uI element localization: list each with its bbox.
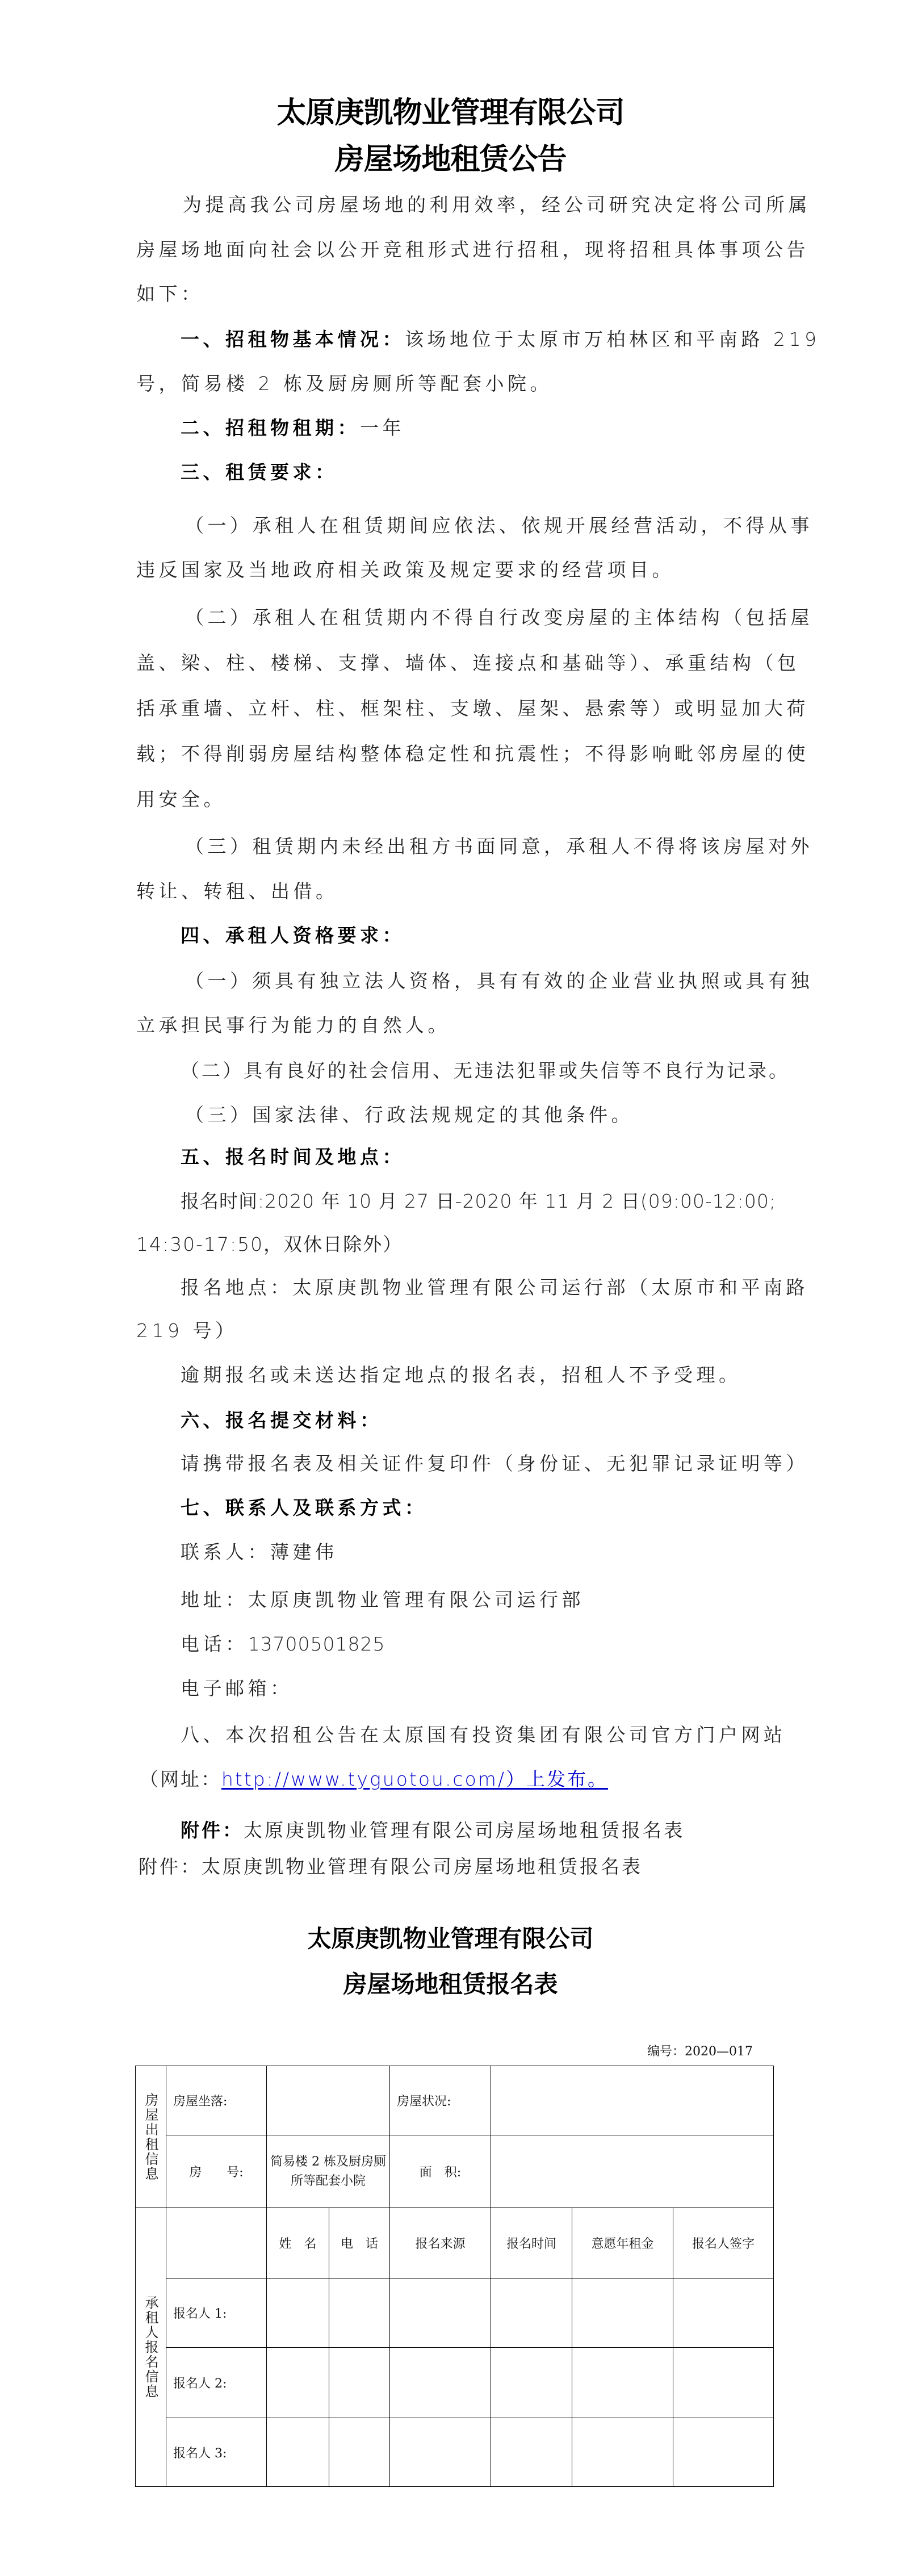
house-status-input[interactable]: [491, 2066, 774, 2135]
house-location-input[interactable]: [267, 2066, 390, 2135]
contact-person-name: 薄建伟: [270, 1541, 338, 1563]
intro-line-1: 为提高我公司房屋场地的利用效率，经公司研究决定将公司所属: [183, 190, 811, 217]
intro-line-3: 如下：: [136, 279, 204, 306]
section-3-item-2-line-1: （二）承租人在租赁期内不得自行改变房屋的主体结构（包括屋: [185, 603, 813, 630]
applicant-1-signature[interactable]: [673, 2278, 774, 2348]
applicant-row-1: 报名人 1:: [136, 2278, 774, 2348]
applicant-3-name[interactable]: [267, 2418, 329, 2487]
attachment-bold-label: 附件：: [181, 1819, 244, 1841]
section-8-line-2: （网址：http://www.tyguotou.com/）上发布。: [140, 1765, 608, 1791]
signup-time-line-2: 14:30-17:50，双休日除外）: [136, 1230, 403, 1256]
applicant-3-signature[interactable]: [673, 2418, 774, 2487]
applicant-2-rent[interactable]: [572, 2348, 673, 2418]
house-info-section-label: 房屋出租信息: [136, 2066, 166, 2208]
applicant-3-rent[interactable]: [572, 2418, 673, 2487]
form-row-location: 房屋出租信息 房屋坐落: 房屋状况:: [136, 2066, 774, 2135]
contact-address: 地址：太原庚凯物业管理有限公司运行部: [181, 1585, 584, 1612]
column-header-signature: 报名人签字: [673, 2208, 774, 2278]
attachment-bold-text: 太原庚凯物业管理有限公司房屋场地租赁报名表: [244, 1819, 685, 1841]
form-title: 房屋场地租赁报名表: [0, 1966, 901, 2000]
applicant-1-phone[interactable]: [329, 2278, 390, 2348]
section-3-item-2-line-3: 括承重墙、立杆、柱、框架柱、支墩、屋架、悬索等）或明显加大荷: [136, 694, 809, 721]
column-header-source: 报名来源: [390, 2208, 491, 2278]
signup-place-line-1: 报名地点：太原庚凯物业管理有限公司运行部（太原市和平南路: [181, 1273, 808, 1300]
applicant-row-3: 报名人 3:: [136, 2418, 774, 2487]
applicant-3-source[interactable]: [390, 2418, 491, 2487]
applicant-1-label: 报名人 1:: [166, 2278, 267, 2348]
section-3-item-2-line-2: 盖、梁、柱、楼梯、支撑、墙体、连接点和基础等）、承重结构（包: [136, 648, 800, 675]
section-3-item-3-line-1: （三）租赁期内未经出租方书面同意，承租人不得将该房屋对外: [185, 832, 813, 858]
section-5-heading: 五、报名时间及地点：: [181, 1142, 405, 1169]
applicant-2-label: 报名人 2:: [166, 2348, 267, 2418]
header-blank: [166, 2208, 267, 2278]
section-4-heading: 四、承租人资格要求：: [181, 921, 405, 948]
applicant-1-name[interactable]: [267, 2278, 329, 2348]
column-header-phone: 电 话: [329, 2208, 390, 2278]
applicant-2-name[interactable]: [267, 2348, 329, 2418]
area-label: 面 积:: [390, 2135, 491, 2208]
section-7-heading: 七、联系人及联系方式：: [181, 1493, 428, 1520]
section-3-item-2-line-4: 载；不得削弱房屋结构整体稳定性和抗震性；不得影响毗邻房屋的使: [136, 739, 809, 766]
section-8-line-1: 八、本次招租公告在太原国有投资集团有限公司官方门户网站: [181, 1720, 786, 1747]
applicant-1-time[interactable]: [491, 2278, 572, 2348]
contact-address-label: 地址：: [181, 1589, 248, 1611]
house-number-value[interactable]: 简易楼 2 栋及厨房厕所等配套小院: [267, 2135, 390, 2208]
signup-note: 逾期报名或未送达指定地点的报名表，招租人不予受理。: [181, 1360, 741, 1387]
attachment-bold: 附件：太原庚凯物业管理有限公司房屋场地租赁报名表: [181, 1816, 685, 1842]
contact-email-label: 电子邮箱：: [181, 1677, 293, 1699]
column-header-name: 姓 名: [267, 2208, 329, 2278]
section-3-item-1-line-2: 违反国家及当地政府相关政策及规定要求的经营项目。: [136, 555, 674, 582]
applicant-2-time[interactable]: [491, 2348, 572, 2418]
applicant-info-label: 承租人报名信息: [141, 2296, 161, 2399]
section-1-text: 该场地位于太原市万柏林区和平南路 219: [405, 328, 820, 350]
house-info-label: 房屋出租信息: [141, 2093, 161, 2181]
announcement-title-company: 太原庚凯物业管理有限公司: [0, 89, 901, 131]
contact-email: 电子邮箱：: [181, 1674, 293, 1700]
section-4-item-1-line-1: （一）须具有独立法人资格，具有有效的企业营业执照或具有独: [185, 966, 813, 993]
section-3-item-2-line-5: 用安全。: [136, 785, 226, 811]
signup-time-line-1: 报名时间:2020 年 10 月 27 日-2020 年 11 月 2 日(09…: [181, 1187, 776, 1213]
registration-form-table: 房屋出租信息 房屋坐落: 房屋状况: 房 号: 简易楼 2 栋及厨房厕所等配套小…: [135, 2066, 774, 2487]
area-input[interactable]: [491, 2135, 774, 2208]
website-prefix: （网址：: [140, 1768, 221, 1790]
website-link[interactable]: http://www.tyguotou.com/）上发布。: [221, 1768, 608, 1790]
applicant-1-rent[interactable]: [572, 2278, 673, 2348]
signup-place-line-2: 219 号）: [136, 1316, 237, 1343]
column-header-time: 报名时间: [491, 2208, 572, 2278]
section-4-item-2: （二）具有良好的社会信用、无违法犯罪或失信等不良行为记录。: [181, 1056, 790, 1083]
form-title-company: 太原庚凯物业管理有限公司: [0, 1920, 901, 1954]
applicant-3-label: 报名人 3:: [166, 2418, 267, 2487]
house-number-label: 房 号:: [166, 2135, 267, 2208]
section-3-heading: 三、租赁要求：: [181, 458, 338, 484]
applicant-section-label: 承租人报名信息: [136, 2208, 166, 2487]
form-row-house-number: 房 号: 简易楼 2 栋及厨房厕所等配套小院 面 积:: [136, 2135, 774, 2208]
announcement-title: 房屋场地租赁公告: [0, 135, 901, 178]
intro-line-2: 房屋场地面向社会以公开竞租形式进行招租，现将招租具体事项公告: [136, 235, 809, 262]
contact-person: 联系人：薄建伟: [181, 1538, 338, 1564]
house-location-label: 房屋坐落:: [166, 2066, 267, 2135]
section-6-text: 请携带报名表及相关证件复印件（身份证、无犯罪记录证明等）: [181, 1449, 808, 1476]
section-4-item-1-line-2: 立承担民事行为能力的自然人。: [136, 1011, 450, 1037]
contact-phone-label: 电话：: [181, 1633, 248, 1655]
section-1-text-cont: 号，简易楼 2 栋及厨房厕所等配套小院。: [136, 369, 552, 396]
applicant-2-signature[interactable]: [673, 2348, 774, 2418]
section-1: 一、招租物基本情况：该场地位于太原市万柏林区和平南路 219: [181, 325, 820, 351]
contact-person-label: 联系人：: [181, 1541, 270, 1563]
applicant-2-source[interactable]: [390, 2348, 491, 2418]
applicant-2-phone[interactable]: [329, 2348, 390, 2418]
section-2-text: 一年: [360, 417, 405, 439]
section-4-item-3: （三）国家法律、行政法规规定的其他条件。: [185, 1100, 634, 1127]
applicant-row-2: 报名人 2:: [136, 2348, 774, 2418]
contact-phone: 电话：13700501825: [181, 1630, 385, 1656]
house-status-label: 房屋状况:: [390, 2066, 491, 2135]
section-6-heading: 六、报名提交材料：: [181, 1406, 383, 1432]
form-header-row: 承租人报名信息 姓 名 电 话 报名来源 报名时间 意愿年租金 报名人签字: [136, 2208, 774, 2278]
form-doc-number: 编号：2020—017: [647, 2042, 753, 2059]
section-3-item-3-line-2: 转让、转租、出借。: [136, 877, 338, 903]
contact-phone-value: 13700501825: [248, 1633, 385, 1655]
applicant-3-time[interactable]: [491, 2418, 572, 2487]
section-3-item-1-line-1: （一）承租人在租赁期间应依法、依规开展经营活动，不得从事: [185, 511, 813, 538]
attachment-plain: 附件：太原庚凯物业管理有限公司房屋场地租赁报名表: [139, 1852, 643, 1879]
applicant-3-phone[interactable]: [329, 2418, 390, 2487]
section-2: 二、招租物租期：一年: [181, 413, 405, 440]
applicant-1-source[interactable]: [390, 2278, 491, 2348]
contact-address-value: 太原庚凯物业管理有限公司运行部: [248, 1589, 585, 1611]
section-2-heading: 二、招租物租期：: [181, 417, 360, 439]
section-1-heading: 一、招租物基本情况：: [181, 328, 405, 350]
column-header-rent: 意愿年租金: [572, 2208, 673, 2278]
